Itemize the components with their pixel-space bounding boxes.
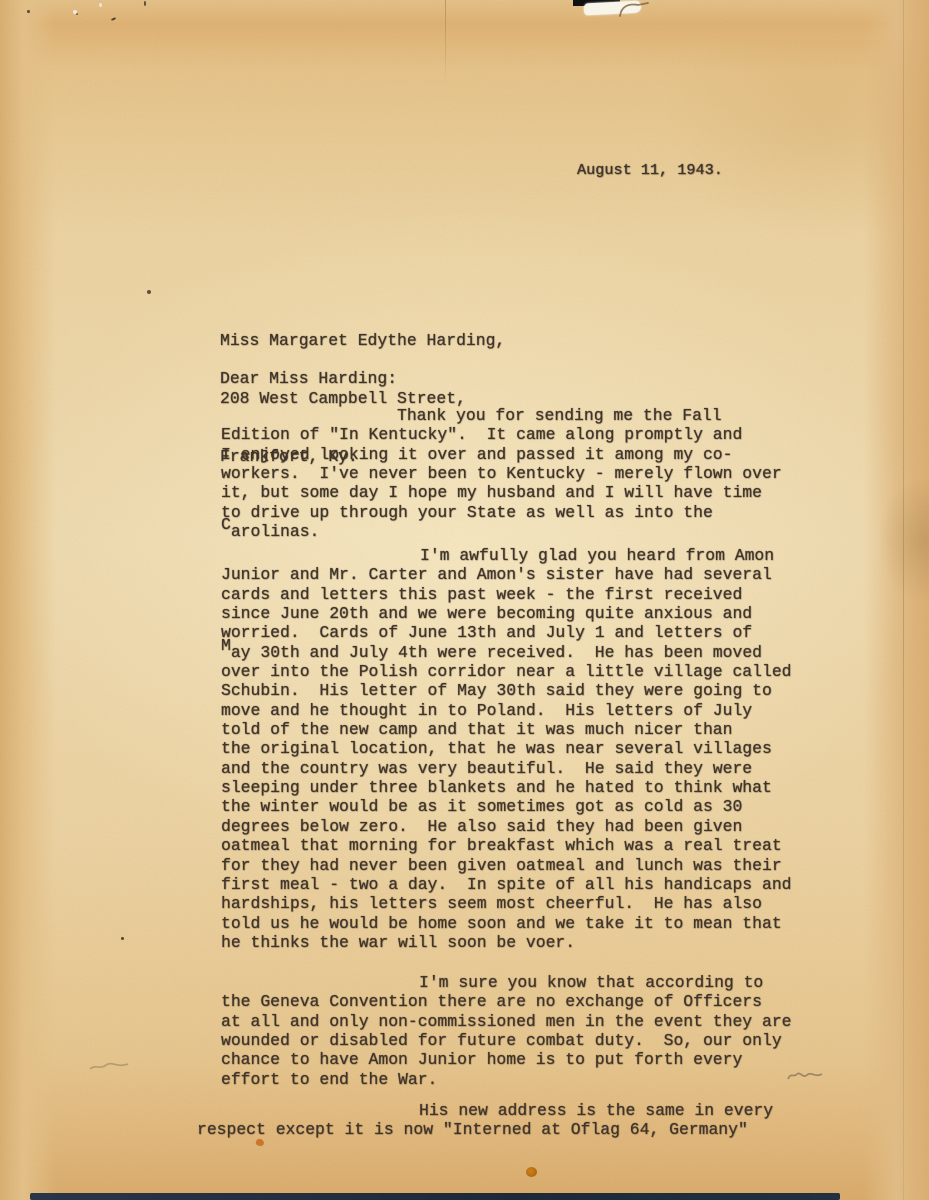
letter-line: May 30th and July 4th were received. He … [221, 643, 792, 662]
paper-speck [121, 937, 124, 940]
pencil-scribble [786, 1069, 826, 1085]
ink-dot [147, 290, 151, 294]
paragraph-3: I'm sure you know that according tothe G… [221, 973, 792, 1089]
paragraph-4: His new address is the same in everyresp… [197, 1101, 773, 1140]
pencil-scribble [88, 1060, 132, 1074]
letter-line: oatmeal that morning for breakfast which… [221, 836, 792, 855]
paragraph-2: I'm awfully glad you heard from AmonJuni… [221, 546, 792, 952]
letter-line: Edition of "In Kentucky". It came along … [221, 425, 782, 444]
letter-line: for they had never been given oatmeal an… [221, 856, 792, 875]
letter-line: degrees below zero. He also said they ha… [221, 817, 792, 836]
letter-line: at all and only non-commissioned men in … [221, 1012, 792, 1031]
recipient-name: Miss Margaret Edythe Harding, [220, 331, 505, 350]
paper-speck [99, 3, 102, 7]
letter-line: he thinks the war will soon be voer. [221, 933, 792, 952]
paper-speck [27, 10, 30, 13]
salutation: Dear Miss Harding: [220, 369, 397, 388]
raised-typewriter-letter: C [221, 515, 231, 534]
letter-line: Schubin. His letter of May 30th said the… [221, 681, 792, 700]
letter-line: the original location, that he was near … [221, 739, 792, 758]
letter-line: it, but some day I hope my husband and I… [221, 483, 782, 502]
letter-line: Thank you for sending me the Fall [221, 406, 782, 425]
letter-line: I'm sure you know that according to [221, 973, 792, 992]
letter-line: workers. I've never been to Kentucky - m… [221, 464, 782, 483]
orange-stain-dot [526, 1167, 537, 1177]
letter-line: and the country was very beautiful. He s… [221, 759, 792, 778]
letter-line: cards and letters this past week - the f… [221, 585, 792, 604]
letter-line: first meal - two a day. In spite of all … [221, 875, 792, 894]
paper-speck [73, 10, 77, 14]
letter-line: effort to end the War. [221, 1070, 792, 1089]
pen-hook-mark [618, 1, 654, 19]
letter-line: I enjoyed looking it over and passed it … [221, 445, 782, 464]
letter-line: over into the Polish corridor near a lit… [221, 662, 792, 681]
letter-line: His new address is the same in every [197, 1101, 773, 1120]
paper-speck [144, 1, 146, 6]
letter-line: the winter would be as it sometimes got … [221, 797, 792, 816]
letter-line: since June 20th and we were becoming qui… [221, 604, 792, 623]
letter-line: worried. Cards of June 13th and July 1 a… [221, 623, 792, 642]
letter-line: chance to have Amon Junior home is to pu… [221, 1050, 792, 1069]
paper-stain [880, 480, 929, 600]
paper-crease [903, 0, 904, 1200]
letter-line: I'm awfully glad you heard from Amon [221, 546, 792, 565]
letter-line: told of the new camp and that it was muc… [221, 720, 792, 739]
paper-stain [660, 40, 929, 240]
letter-line: Junior and Mr. Carter and Amon's sister … [221, 565, 792, 584]
letter-date: August 11, 1943. [577, 161, 723, 180]
letter-line: wounded or disabled for future combat du… [221, 1031, 792, 1050]
letter-line: the Geneva Convention there are no excha… [221, 992, 792, 1011]
letter-line: move and he thought in to Poland. His le… [221, 701, 792, 720]
paper-speck [111, 17, 116, 21]
raised-typewriter-letter: M [221, 636, 231, 655]
letter-line: respect except it is now "Interned at Of… [197, 1120, 773, 1139]
letter-line: hardships, his letters seem most cheerfu… [221, 894, 792, 913]
letter-line: Carolinas. [221, 522, 782, 541]
paragraph-1: Thank you for sending me the FallEdition… [221, 406, 782, 541]
letter-line: to drive up through your State as well a… [221, 503, 782, 522]
paper-crease [445, 0, 446, 88]
letter-line: sleeping under three blankets and he hat… [221, 778, 792, 797]
letter-line: told us he would be home soon and we tak… [221, 914, 792, 933]
bottom-scan-bar [30, 1193, 840, 1200]
letter-page: August 11, 1943. Miss Margaret Edythe Ha… [0, 0, 929, 1200]
